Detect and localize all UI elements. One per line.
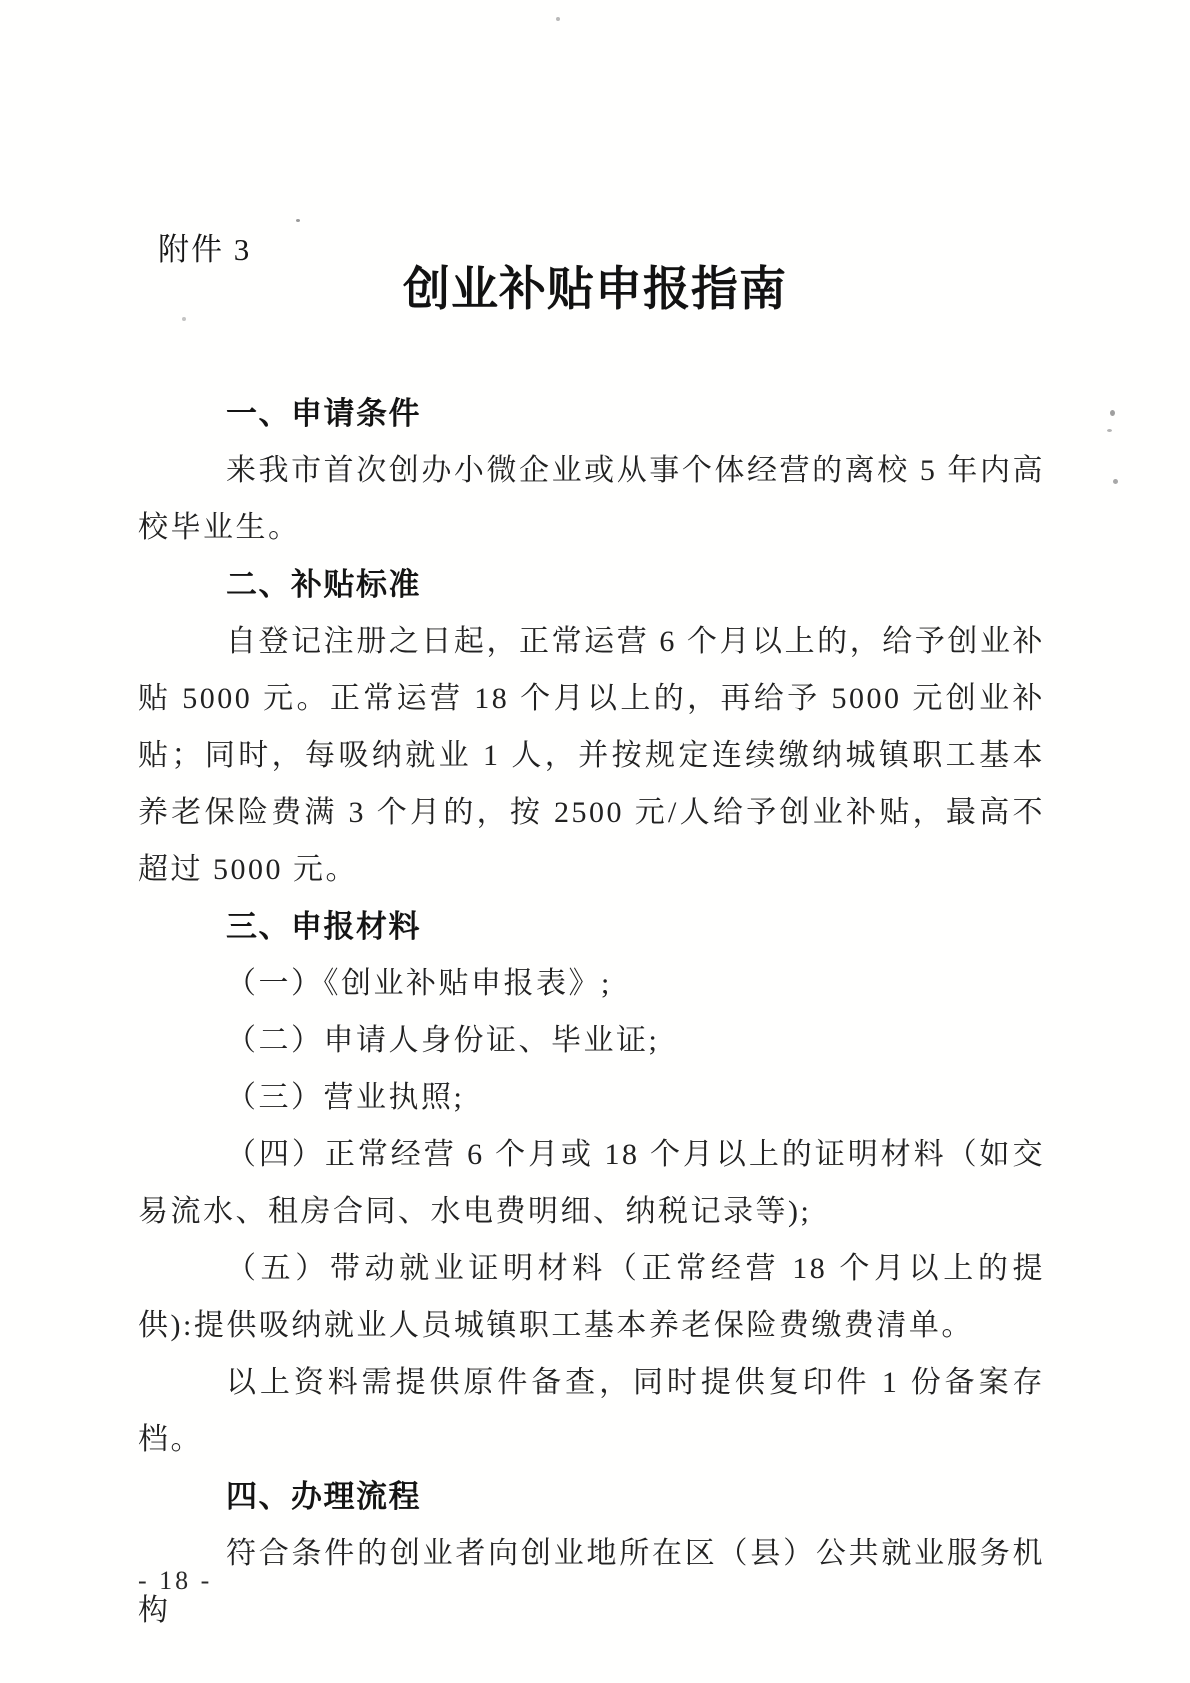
scan-speck [296, 219, 300, 222]
paragraph-material-item-4: （四）正常经营 6 个月或 18 个月以上的证明材料（如交易流水、租房合同、水电… [138, 1126, 1045, 1240]
section-heading-processing-flow: 四、办理流程 [138, 1468, 1045, 1525]
paragraph-material-item-2: （二）申请人身份证、毕业证; [138, 1012, 1045, 1069]
scan-speck [1110, 410, 1115, 416]
scan-speck [1113, 479, 1118, 484]
page-number: - 18 - [138, 1566, 212, 1596]
paragraph-material-item-5: （五）带动就业证明材料（正常经营 18 个月以上的提供):提供吸纳就业人员城镇职… [138, 1240, 1045, 1354]
scan-speck [182, 317, 186, 321]
paragraph: 自登记注册之日起，正常运营 6 个月以上的，给予创业补贴 5000 元。正常运营… [138, 613, 1045, 898]
scan-speck [556, 17, 560, 21]
paragraph: 符合条件的创业者向创业地所在区（县）公共就业服务机构 [138, 1525, 1045, 1639]
section-heading-subsidy-standard: 二、补贴标准 [138, 556, 1045, 613]
scan-speck [1107, 429, 1112, 432]
paragraph-materials-note: 以上资料需提供原件备查，同时提供复印件 1 份备案存档。 [138, 1354, 1045, 1468]
document-body: 一、申请条件 来我市首次创办小微企业或从事个体经营的离校 5 年内高校毕业生。 … [138, 385, 1045, 1639]
document-title: 创业补贴申报指南 [0, 262, 1190, 318]
paragraph: 来我市首次创办小微企业或从事个体经营的离校 5 年内高校毕业生。 [138, 442, 1045, 556]
section-heading-application-conditions: 一、申请条件 [138, 385, 1045, 442]
document-page: 附件 3 创业补贴申报指南 一、申请条件 来我市首次创办小微企业或从事个体经营的… [0, 0, 1190, 1683]
paragraph-material-item-1: （一）《创业补贴申报表》; [138, 955, 1045, 1012]
paragraph-material-item-3: （三）营业执照; [138, 1069, 1045, 1126]
section-heading-application-materials: 三、申报材料 [138, 898, 1045, 955]
